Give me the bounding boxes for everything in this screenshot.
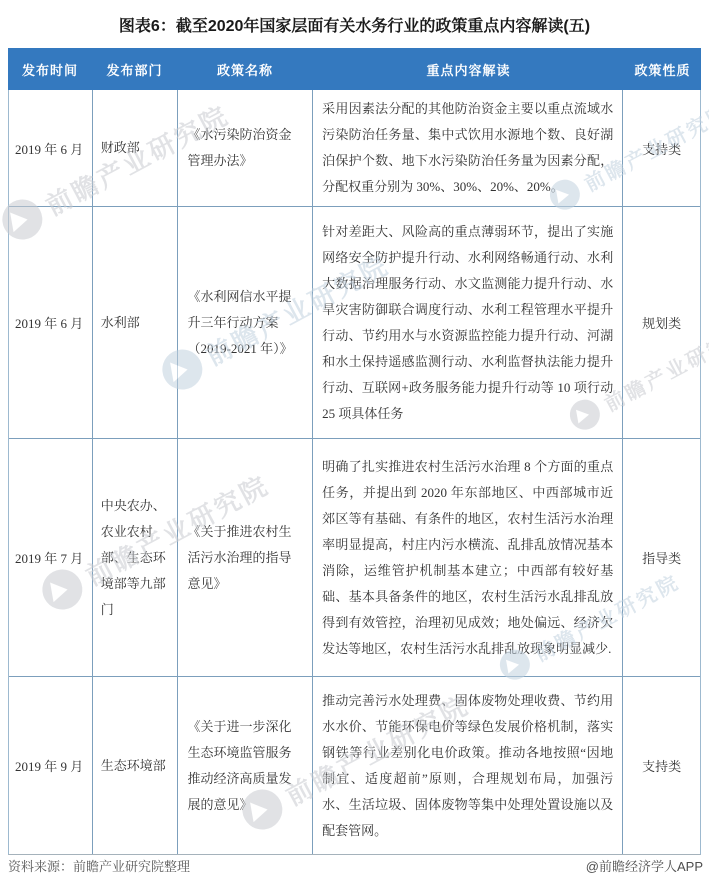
- table-row: 2019 年 7 月 中央农办、农业农村部、生态环境部等九部门 《关于推进农村生…: [9, 439, 700, 677]
- cell-publish-time: 2019 年 6 月: [9, 207, 93, 438]
- header-publish-time: 发布时间: [8, 48, 92, 90]
- header-key-content: 重点内容解读: [313, 48, 624, 90]
- cell-key-content: 明确了扎实推进农村生活污水治理 8 个方面的重点任务，并提出到 2020 年东部…: [313, 439, 623, 676]
- cell-policy-nature: 支持类: [623, 90, 700, 206]
- cell-policy-name: 《关于推进农村生活污水治理的指导意见》: [178, 439, 314, 676]
- table-row: 2019 年 6 月 财政部 《水污染防治资金管理办法》 采用因素法分配的其他防…: [9, 90, 700, 207]
- cell-publish-time: 2019 年 7 月: [9, 439, 93, 676]
- cell-policy-nature: 指导类: [623, 439, 700, 676]
- table-header-row: 发布时间 发布部门 政策名称 重点内容解读 政策性质: [8, 48, 701, 90]
- cell-publish-time: 2019 年 6 月: [9, 90, 93, 206]
- cell-policy-nature: 规划类: [623, 207, 700, 438]
- cell-policy-name: 《水污染防治资金管理办法》: [178, 90, 314, 206]
- cell-policy-name: 《关于进一步深化生态环境监管服务推动经济高质量发展的意见》: [178, 677, 314, 854]
- brand-note: @前瞻经济学人APP: [586, 856, 703, 875]
- cell-publish-dept: 财政部: [93, 90, 178, 206]
- cell-key-content: 推动完善污水处理费、固体废物处理收费、节约用水水价、节能环保电价等绿色发展价格机…: [313, 677, 623, 854]
- cell-publish-time: 2019 年 9 月: [9, 677, 93, 854]
- table-row: 2019 年 6 月 水利部 《水利网信水平提升三年行动方案（2019-2021…: [9, 207, 700, 439]
- page: 图表6：截至2020年国家层面有关水务行业的政策重点内容解读(五) 发布时间 发…: [0, 0, 709, 886]
- cell-key-content: 采用因素法分配的其他防治资金主要以重点流域水污染防治任务量、集中式饮用水源地个数…: [313, 90, 623, 206]
- footer: 资料来源：前瞻产业研究院整理 @前瞻经济学人APP: [8, 856, 703, 875]
- header-publish-dept: 发布部门: [92, 48, 177, 90]
- policy-table: 发布时间 发布部门 政策名称 重点内容解读 政策性质 2019 年 6 月 财政…: [8, 48, 701, 855]
- cell-policy-nature: 支持类: [623, 677, 700, 854]
- cell-key-content: 针对差距大、风险高的重点薄弱环节，提出了实施网络安全防护提升行动、水利网络畅通行…: [313, 207, 623, 438]
- cell-policy-name: 《水利网信水平提升三年行动方案（2019-2021 年）》: [178, 207, 314, 438]
- header-policy-name: 政策名称: [177, 48, 313, 90]
- cell-publish-dept: 生态环境部: [93, 677, 178, 854]
- source-note: 资料来源：前瞻产业研究院整理: [8, 856, 190, 875]
- header-policy-nature: 政策性质: [624, 48, 701, 90]
- chart-title: 图表6：截至2020年国家层面有关水务行业的政策重点内容解读(五): [0, 0, 709, 48]
- cell-publish-dept: 水利部: [93, 207, 178, 438]
- cell-publish-dept: 中央农办、农业农村部、生态环境部等九部门: [93, 439, 178, 676]
- table-row: 2019 年 9 月 生态环境部 《关于进一步深化生态环境监管服务推动经济高质量…: [9, 677, 700, 854]
